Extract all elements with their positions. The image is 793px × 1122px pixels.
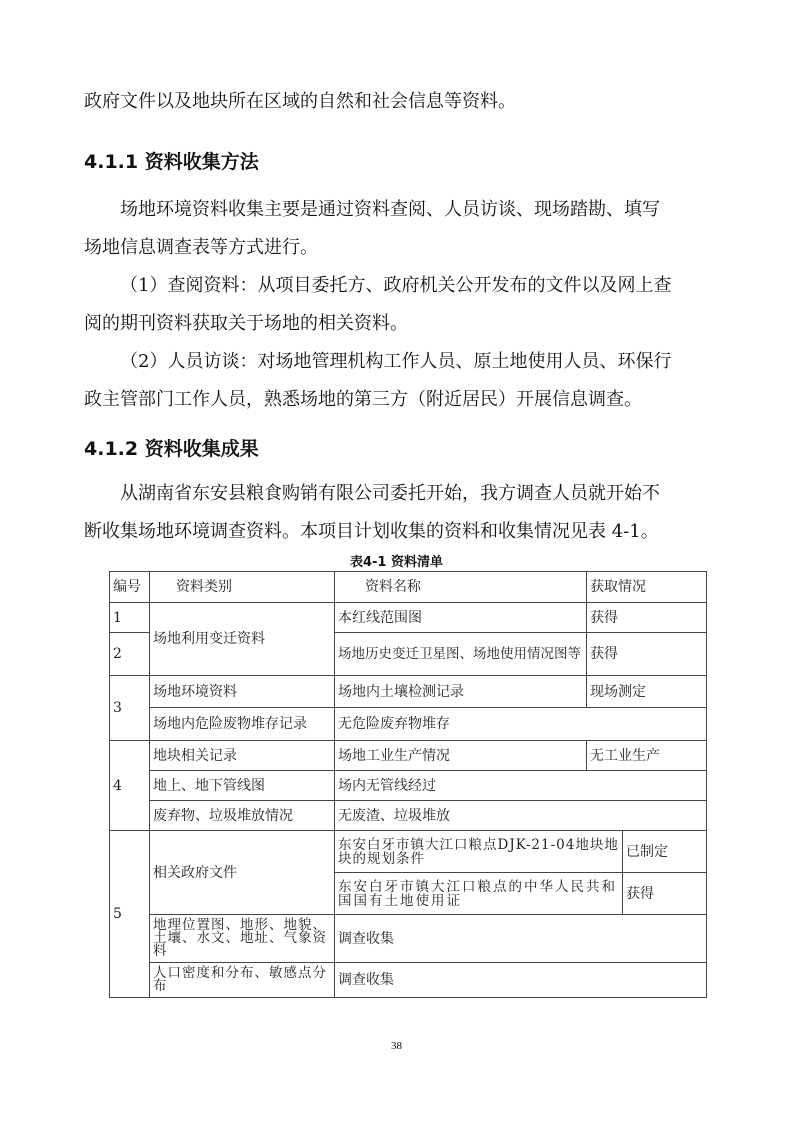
- table-cell: 场内无管线经过: [334, 770, 707, 801]
- table-cell: 现场测定: [586, 675, 707, 708]
- header-cell: 获取情况: [586, 571, 707, 603]
- table-cell: 3: [109, 675, 150, 741]
- paragraph: 政府文件以及地块所在区域的自然和社会信息等资料。: [84, 90, 516, 114]
- table-cell: 场地历史变迁卫星图、场地使用情况图等: [334, 632, 587, 676]
- table-caption: 表4-1 资料清单: [0, 551, 793, 570]
- table-cell: 东安白牙市镇大江口粮点的中华人民共和国国有土地使用证: [334, 872, 623, 915]
- paragraph: 阅的期刊资料获取关于场地的相关资料。: [84, 312, 408, 336]
- section-heading: 4.1.2 资料收集成果: [84, 437, 259, 461]
- table-cell: 调查收集: [334, 914, 707, 963]
- table-cell: 无危险废弃物堆存: [334, 707, 707, 741]
- header-cell: 资料类别: [149, 571, 335, 603]
- table-cell: 相关政府文件: [149, 830, 335, 915]
- paragraph: 断收集场地环境调查资料。本项目计划收集的资料和收集情况见表 4-1。: [84, 520, 659, 544]
- table-cell: 东安白牙市镇大江口粮点DJK-21-04地块地块的规划条件: [334, 830, 623, 873]
- table-cell: 获得: [622, 872, 707, 915]
- table-cell: 本红线范围图: [334, 602, 587, 633]
- table-cell: 获得: [586, 632, 707, 676]
- table-cell: 地上、地下管线图: [149, 770, 335, 801]
- header-cell: 资料名称: [334, 571, 587, 603]
- table-cell: 场地利用变迁资料: [149, 602, 335, 676]
- header-cell: 编号: [109, 571, 150, 603]
- table-cell: 获得: [586, 602, 707, 633]
- table-cell: 场地环境资料: [149, 675, 335, 708]
- paragraph: （2）人员访谈：对场地管理机构工作人员、原土地使用人员、环保行: [120, 350, 671, 374]
- table-cell: 场地工业生产情况: [334, 740, 587, 771]
- table-cell: 无废渣、垃圾堆放: [334, 800, 707, 831]
- paragraph: 政主管部门工作人员，熟悉场地的第三方（附近居民）开展信息调查。: [84, 388, 642, 412]
- table-cell: 地理位置图、地形、地貌、土壤、水文、地址、气象资料: [149, 914, 335, 963]
- table-cell: 4: [109, 740, 150, 831]
- table-cell: 5: [109, 830, 150, 998]
- table-cell: 废弃物、垃圾堆放情况: [149, 800, 335, 831]
- paragraph: 场地环境资料收集主要是通过资料查阅、人员访谈、现场踏勘、填写: [120, 198, 660, 222]
- table-cell: 2: [109, 632, 150, 676]
- paragraph: 从湖南省东安县粮食购销有限公司委托开始，我方调查人员就开始不: [120, 482, 660, 506]
- table-cell: 场地内危险废物堆存记录: [149, 707, 335, 741]
- section-heading: 4.1.1 资料收集方法: [84, 150, 259, 174]
- paragraph: 场地信息调查表等方式进行。: [84, 236, 318, 260]
- table-cell: 1: [109, 602, 150, 633]
- table-cell: 无工业生产: [586, 740, 707, 771]
- table-cell: 调查收集: [334, 962, 707, 998]
- paragraph: （1）查阅资料：从项目委托方、政府机关公开发布的文件以及网上查: [120, 274, 671, 298]
- table-cell: 人口密度和分布、敏感点分布: [149, 962, 335, 998]
- page-number: 38: [0, 1040, 793, 1052]
- table-cell: 地块相关记录: [149, 740, 335, 771]
- table-cell: 已制定: [622, 830, 707, 873]
- table-cell: 场地内土壤检测记录: [334, 675, 587, 708]
